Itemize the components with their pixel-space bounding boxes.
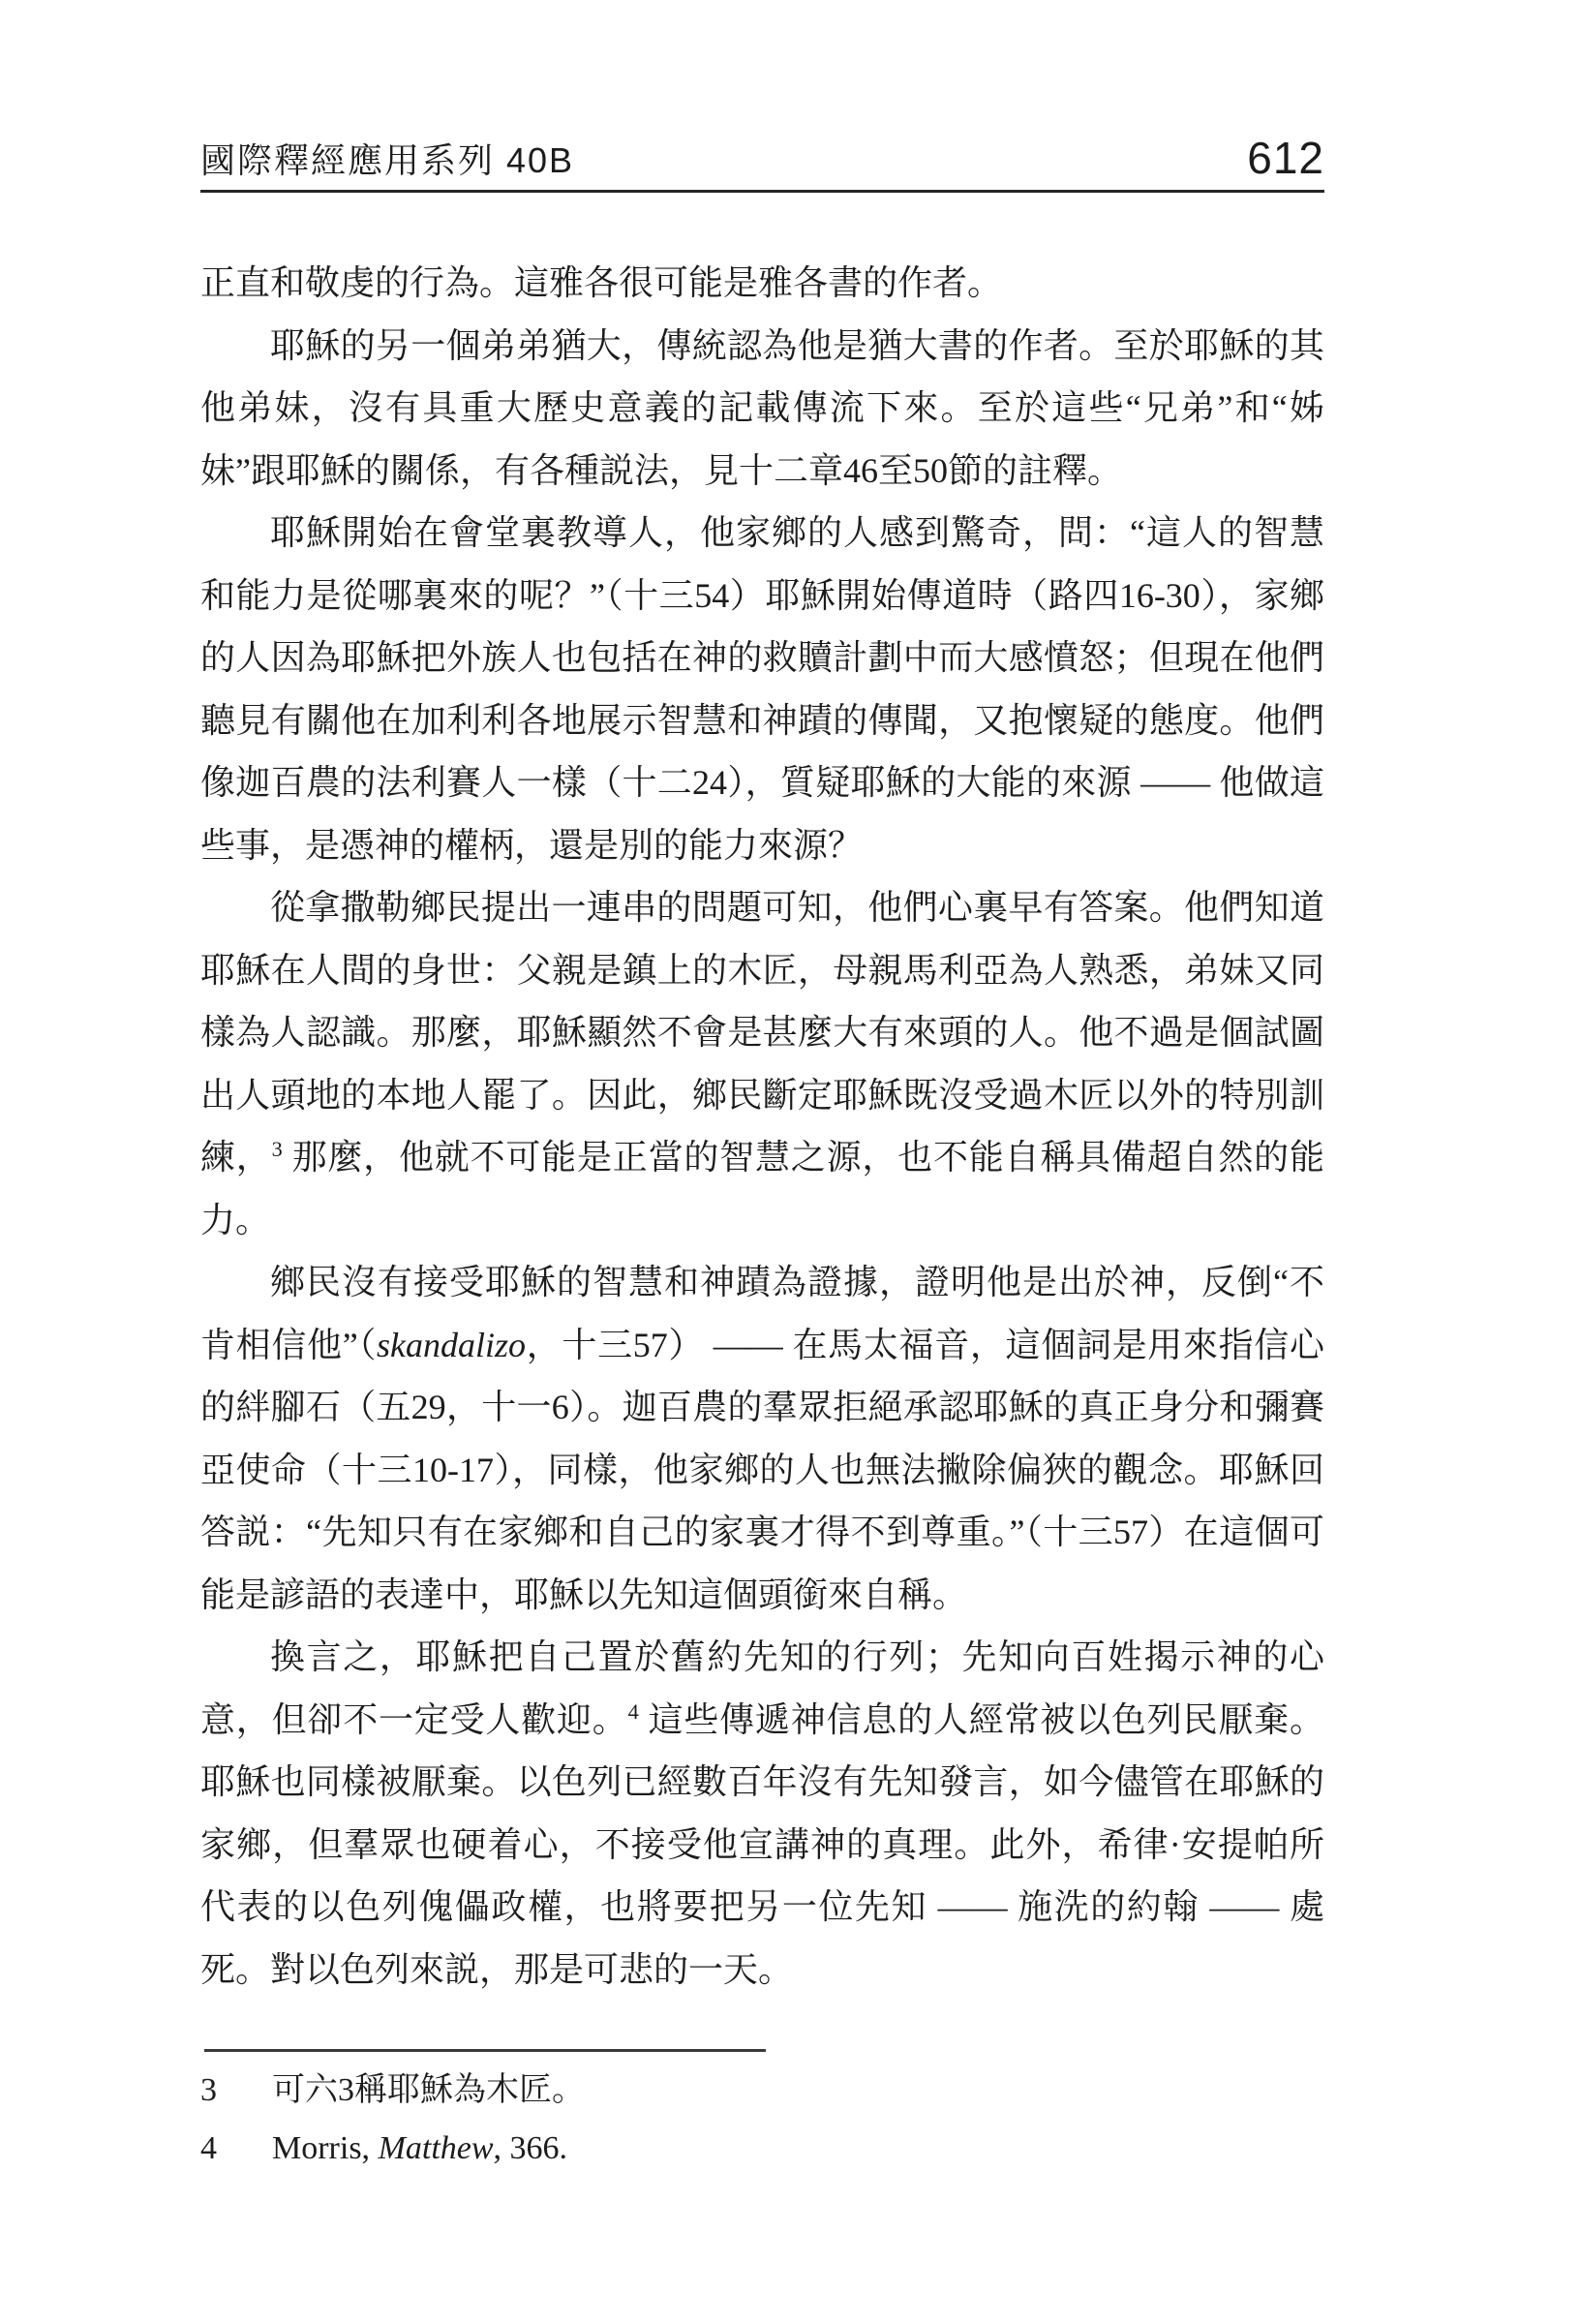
book-page: 國際釋經應用系列 40B 612 正直和敬虔的行為。這雅各很可能是雅各書的作者。…	[0, 0, 1580, 2324]
text-run: ，十三57） —— 在馬太福音，這個詞是用來指信心的絆腳石（五29，十一6）。迦…	[200, 1326, 1324, 1614]
paragraph: 鄉民沒有接受耶穌的智慧和神蹟為證據，證明他是出於神，反倒“不肯相信他”（skan…	[200, 1251, 1324, 1626]
paragraph: 耶穌開始在會堂裏教導人，他家鄉的人感到驚奇，問：“這人的智慧和能力是從哪裏來的呢…	[200, 502, 1324, 876]
footnote-number: 3	[200, 2062, 272, 2120]
footnote-block: 3可六3稱耶穌為木匠。4Morris, Matthew, 366.	[200, 2049, 1324, 2178]
text-run: 耶穌的另一個弟弟猶大，傳統認為他是猶大書的作者。至於耶穌的其他弟妹，沒有具重大歷…	[200, 326, 1324, 490]
running-header: 國際釋經應用系列 40B 612	[200, 136, 1324, 193]
paragraph: 換言之，耶穌把自己置於舊約先知的行列；先知向百姓揭示神的心意，但卻不一定受人歡迎…	[200, 1626, 1324, 2001]
body-text: 正直和敬虔的行為。這雅各很可能是雅各書的作者。耶穌的另一個弟弟猶大，傳統認為他是…	[200, 252, 1324, 2001]
text-run: 從拿撒勒鄉民提出一連串的問題可知，他們心裏早有答案。他們知道耶穌在人間的身世：父…	[200, 888, 1324, 1177]
text-run: 耶穌開始在會堂裏教導人，他家鄉的人感到驚奇，問：“這人的智慧和能力是從哪裏來的呢…	[200, 513, 1324, 865]
footnote-list: 3可六3稱耶穌為木匠。4Morris, Matthew, 366.	[200, 2062, 1324, 2178]
paragraph: 耶穌的另一個弟弟猶大，傳統認為他是猶大書的作者。至於耶穌的其他弟妹，沒有具重大歷…	[200, 315, 1324, 503]
text-run: 這些傳遞神信息的人經常被以色列民厭棄。耶穌也同樣被厭棄。以色列已經數百年沒有先知…	[200, 1700, 1324, 1989]
footnote-marker: 4	[628, 1699, 639, 1724]
footnote-text: Morris, Matthew, 366.	[272, 2120, 1324, 2178]
footnote-item: 4Morris, Matthew, 366.	[200, 2120, 1324, 2178]
paragraph: 從拿撒勒鄉民提出一連串的問題可知，他們心裏早有答案。他們知道耶穌在人間的身世：父…	[200, 876, 1324, 1251]
emphasis-latin: Matthew	[379, 2130, 494, 2166]
text-run: , 366.	[494, 2130, 568, 2166]
page-number: 612	[1247, 136, 1324, 180]
text-run: 正直和敬虔的行為。這雅各很可能是雅各書的作者。	[200, 263, 1002, 302]
paragraph: 正直和敬虔的行為。這雅各很可能是雅各書的作者。	[200, 252, 1324, 315]
footnote-separator	[204, 2049, 766, 2052]
footnote-marker: 3	[272, 1137, 283, 1161]
text-run: Morris,	[272, 2130, 379, 2166]
footnote-number: 4	[200, 2120, 272, 2178]
text-run: 那麼，他就不可能是正當的智慧之源，也不能自稱具備超自然的能力。	[200, 1138, 1324, 1239]
text-run: 可六3稱耶穌為木匠。	[272, 2072, 585, 2108]
emphasis-latin: skandalizo	[377, 1326, 526, 1364]
series-title: 國際釋經應用系列 40B	[200, 141, 574, 180]
footnote-text: 可六3稱耶穌為木匠。	[272, 2062, 1324, 2120]
footnote-item: 3可六3稱耶穌為木匠。	[200, 2062, 1324, 2120]
